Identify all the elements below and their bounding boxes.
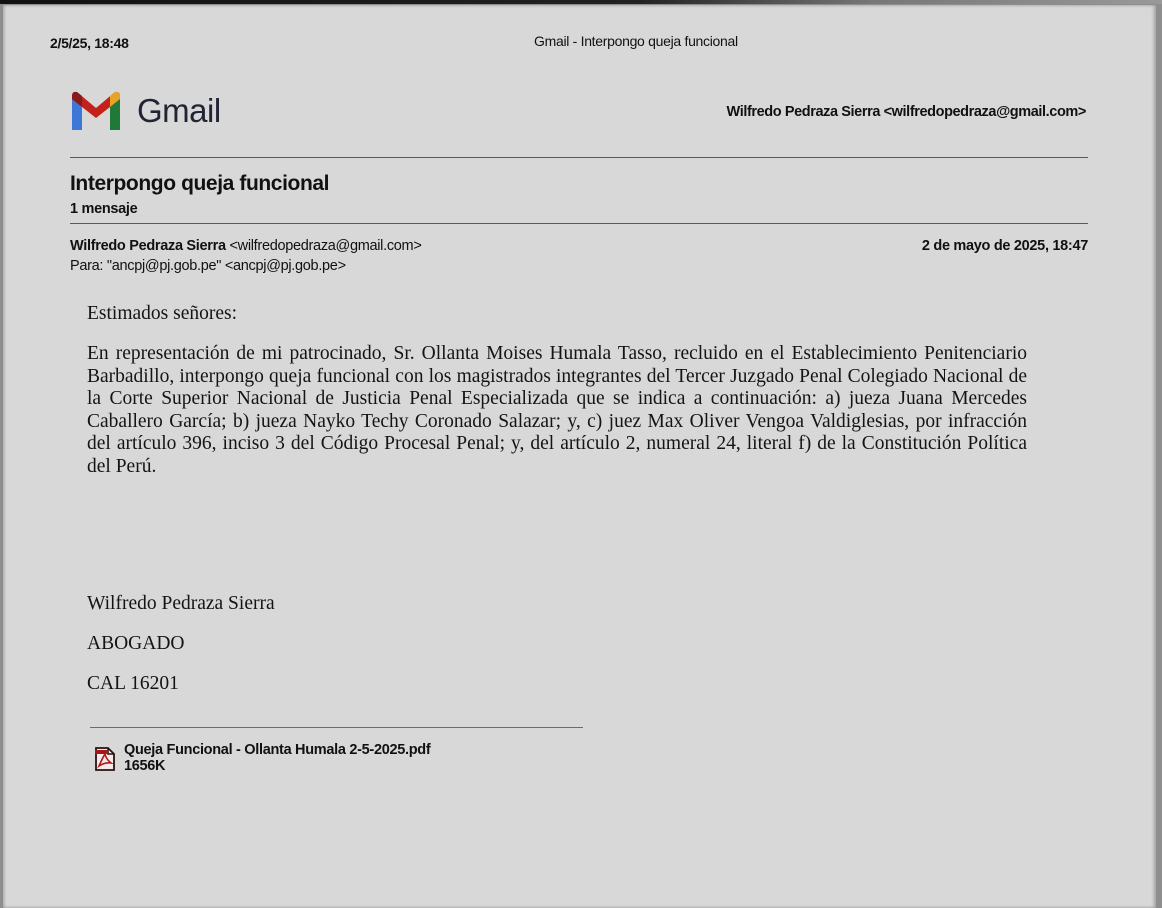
thread-subject: Interpongo queja funcional	[70, 172, 329, 196]
signature-registration: CAL 16201	[87, 673, 1027, 696]
scan-top-edge	[0, 0, 1162, 4]
message-recipients: Para: "ancpj@pj.gob.pe" <ancpj@pj.gob.pe…	[70, 258, 346, 274]
printed-page: 2/5/25, 18:48 Gmail - Interpongo queja f…	[3, 5, 1156, 908]
attachment-size: 1656K	[124, 758, 430, 774]
attachment-filename[interactable]: Queja Funcional - Ollanta Humala 2-5-202…	[124, 742, 430, 758]
sender-email: <wilfredopedraza@gmail.com>	[230, 238, 422, 254]
message-greeting: Estimados señores:	[87, 303, 1027, 326]
message-date: 2 de mayo de 2025, 18:47	[922, 238, 1088, 254]
sender-name: Wilfredo Pedraza Sierra	[70, 238, 226, 254]
signature-name: Wilfredo Pedraza Sierra	[87, 593, 1027, 616]
print-datetime: 2/5/25, 18:48	[50, 35, 129, 51]
gmail-logo: Gmail	[69, 90, 221, 132]
attachment-divider	[90, 727, 583, 728]
print-page-title: Gmail - Interpongo queja funcional	[534, 33, 738, 49]
thread-message-count: 1 mensaje	[70, 201, 137, 217]
account-label: Wilfredo Pedraza Sierra <wilfredopedraza…	[727, 104, 1086, 120]
attachment-item[interactable]: Queja Funcional - Ollanta Humala 2-5-202…	[94, 742, 430, 774]
message-body-paragraph: En representación de mi patrocinado, Sr.…	[87, 343, 1027, 478]
pdf-file-icon	[94, 747, 116, 771]
divider	[70, 223, 1088, 224]
gmail-m-icon	[69, 90, 123, 132]
message-sender: Wilfredo Pedraza Sierra <wilfredopedraza…	[70, 238, 422, 254]
divider	[70, 157, 1088, 158]
signature-title: ABOGADO	[87, 633, 1027, 656]
gmail-wordmark: Gmail	[137, 92, 221, 130]
attachment-info: Queja Funcional - Ollanta Humala 2-5-202…	[124, 742, 430, 774]
